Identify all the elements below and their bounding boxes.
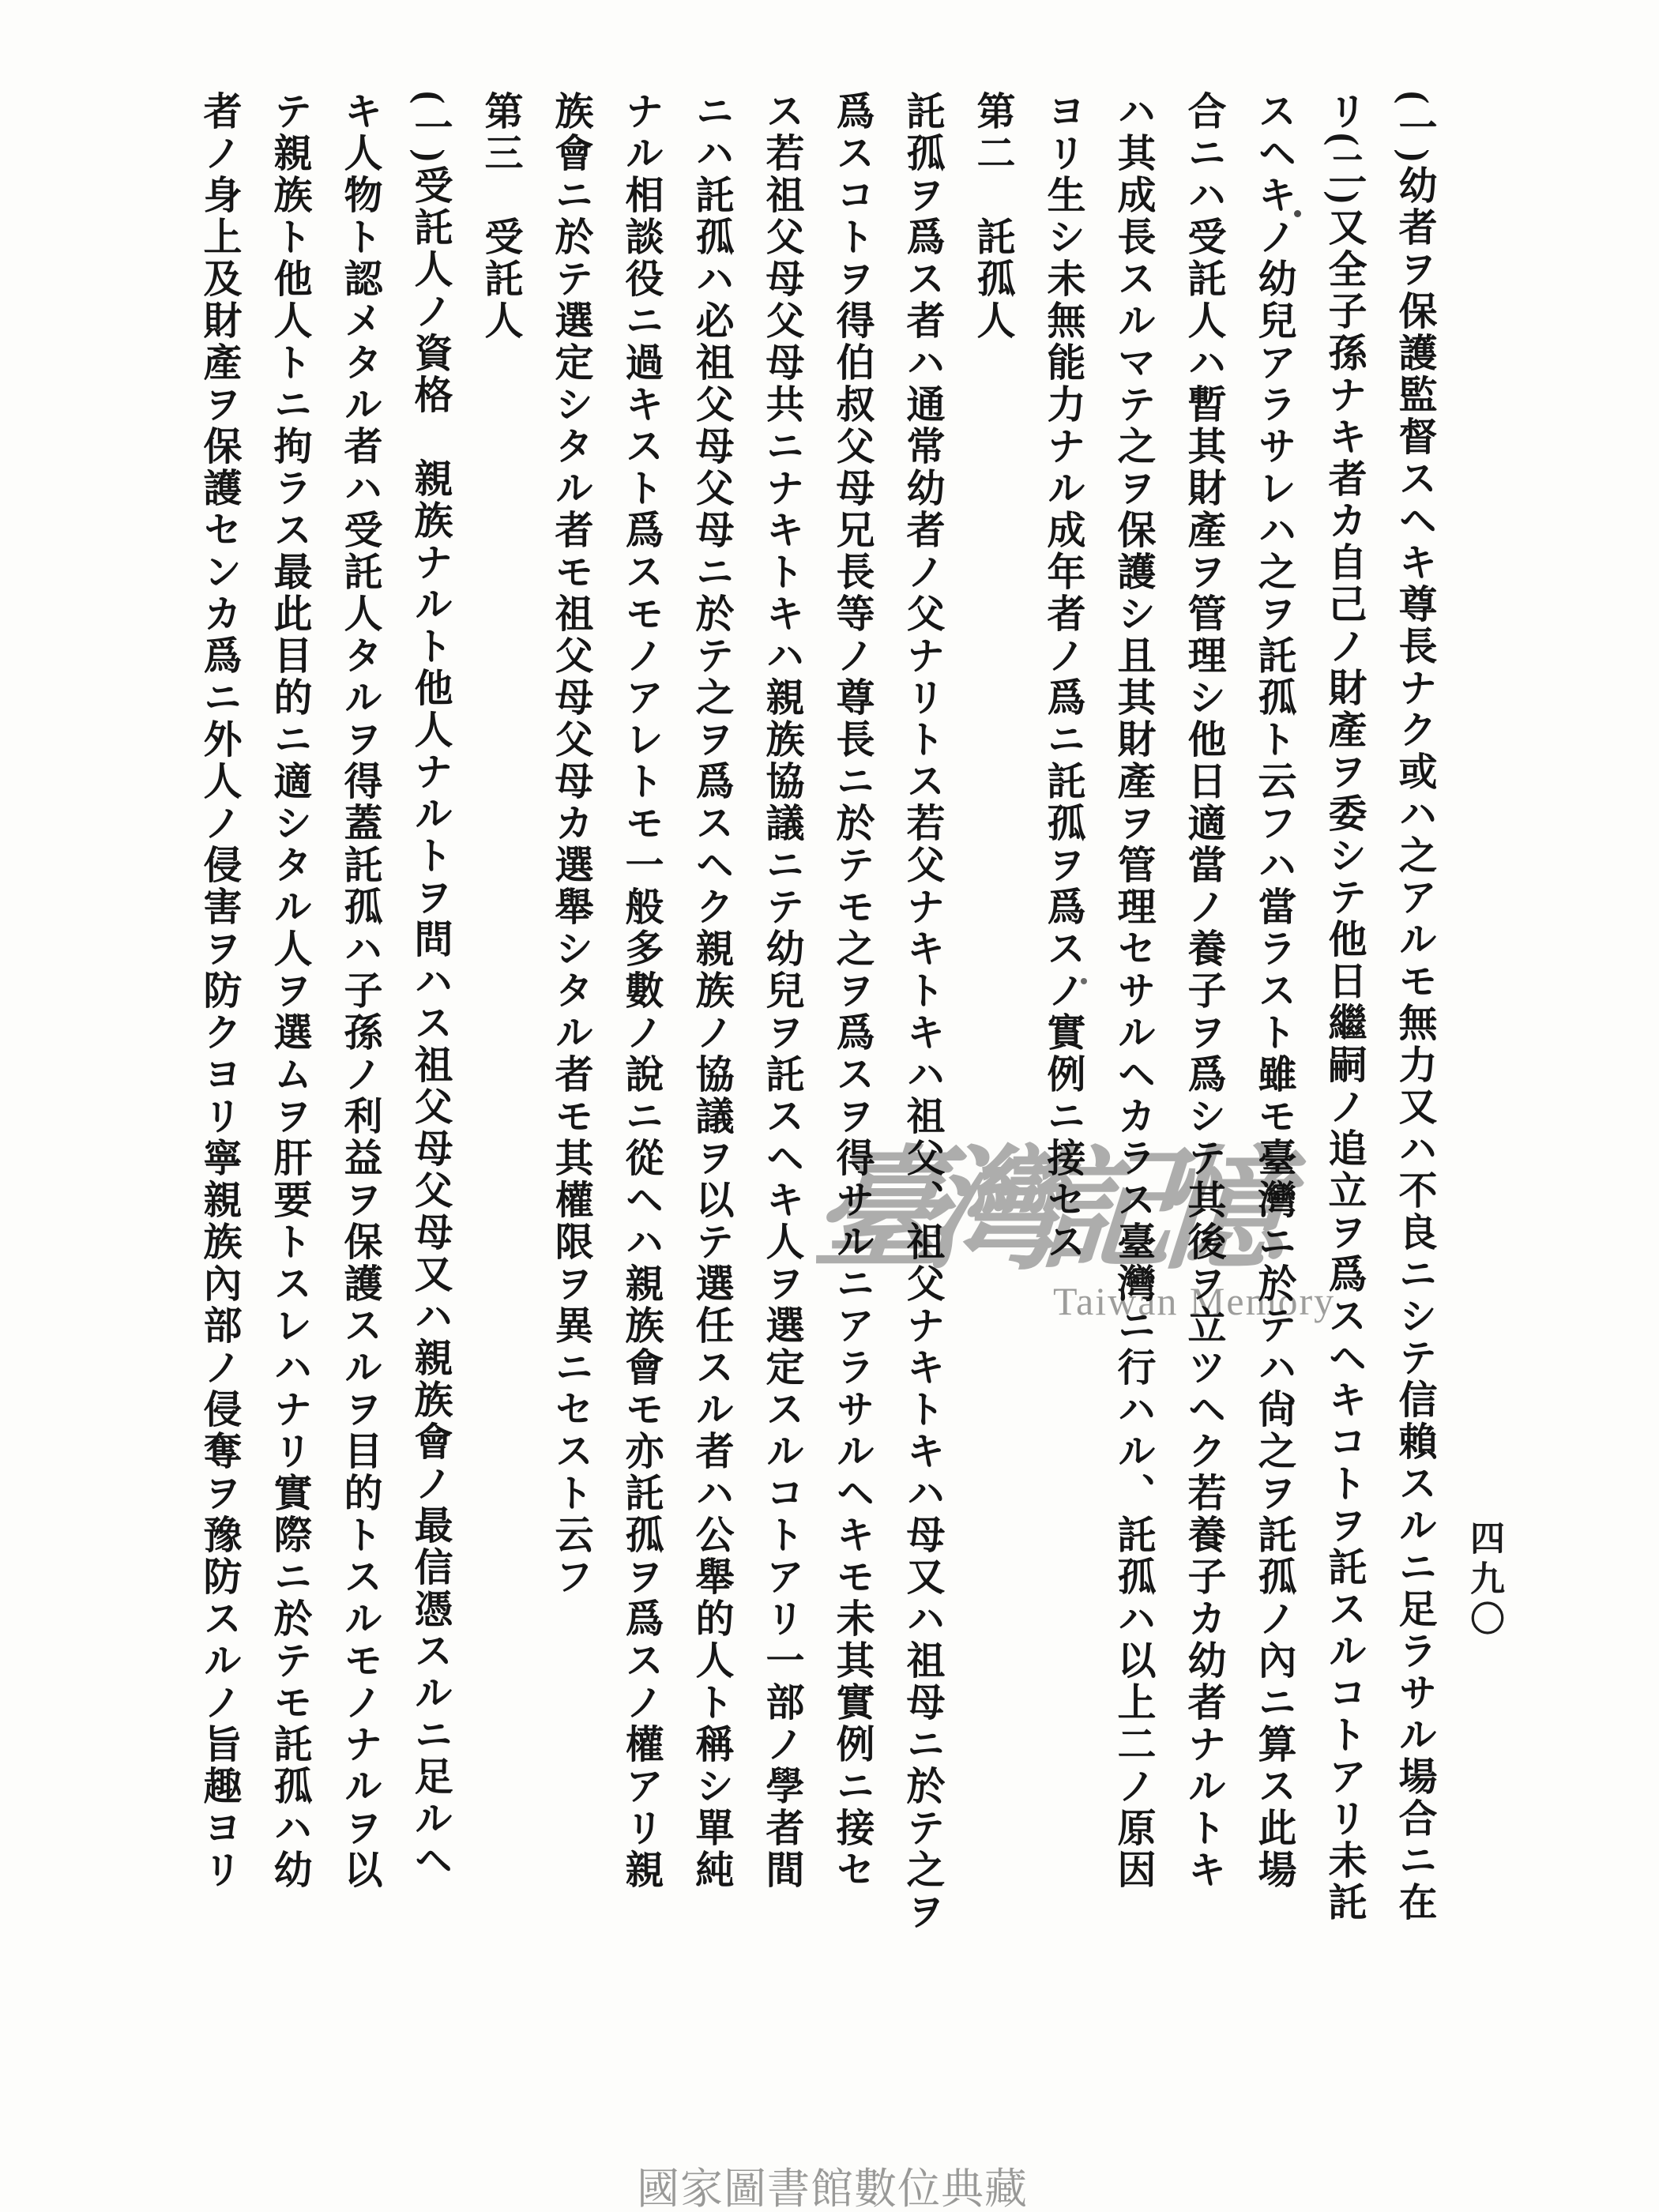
text-column-16: キ人物ト認メタル者ハ受託人タルヲ得蓋託孤ハ子孫ノ利益ヲ保護スルヲ目的トスルモノナ… — [337, 91, 383, 1891]
text-column-9: 爲スコトヲ得伯叔父母兄長等ノ尊長ニ於テモ之ヲ爲スヲ得サルニアラサルヘキモ未其實例… — [829, 91, 875, 1891]
text-column-18: 者ノ身上及財產ヲ保護センカ爲ニ外人ノ侵害ヲ防クヨリ寧親族內部ノ侵奪ヲ豫防スルノ旨… — [197, 91, 243, 1891]
text-column-10: ス若祖父母父母共ニナキトキハ親族協議ニテ幼兒ヲ託スヘキ人ヲ選定スルコトアリ一部ノ… — [759, 91, 805, 1891]
text-column-8: 託孤ヲ爲ス者ハ通常幼者ノ父ナリトス若父ナキトキハ祖父、祖父ナキトキハ母又ハ祖母ニ… — [900, 91, 946, 1924]
heading-column-section-3: 第三 受託人 — [478, 91, 524, 342]
text-column-6: ヨリ生シ未無能力ナル成年者ノ爲ニ託孤ヲ爲スノ實例ニ接セス — [1040, 91, 1086, 1263]
text-column-1: (一)幼者ヲ保護監督スヘキ尊長ナク或ハ之アルモ無力又ハ不良ニシテ信賴スルニ足ラサ… — [1392, 91, 1438, 1924]
text-column-12: ナル相談役ニ過キスト爲スモノアレトモ一般多數ノ說ニ從ヘハ親族會モ亦託孤ヲ爲スノ權… — [619, 91, 664, 1891]
text-column-5: ハ其成長スルマテ之ヲ保護シ且其財產ヲ管理セサルヘカラス臺灣ニ行ハル、託孤ハ以上二… — [1111, 91, 1157, 1891]
text-column-15: (一)受託人ノ資格 親族ナルト他人ナルトヲ問ハス祖父母父母又ハ親族會ノ最信憑スル… — [408, 91, 453, 1882]
archive-footer-caption: 國家圖書館數位典藏 — [637, 2155, 1028, 2212]
text-column-2: リ(二)又全子孫ナキ者カ自己ノ財產ヲ委シテ他日繼嗣ノ追立ヲ爲スヘキコトヲ託スルコ… — [1322, 91, 1367, 1924]
text-column-13: 族會ニ於テ選定シタル者モ祖父母父母カ選舉シタル者モ其權限ヲ異ニセスト云フ — [548, 91, 594, 1598]
watermark-cjk-text: 臺灣記憶 — [807, 1104, 1276, 1295]
text-column-3: スヘキノ幼兒アラサレハ之ヲ託孤ト云フハ當ラスト雖モ臺灣ニ於テハ尙之ヲ託孤ノ內ニ算… — [1251, 91, 1297, 1891]
heading-column-section-2: 第二 託孤人 — [970, 91, 1016, 342]
watermark-latin-text: Taiwan Memory — [1053, 1278, 1335, 1324]
page-number: 四九〇 — [1463, 1520, 1504, 1641]
text-column-4: 合ニハ受託人ハ暫其財產ヲ管理シ他日適當ノ養子ヲ爲シテ其後ヲ立ツヘク若養子カ幼者ナ… — [1181, 91, 1227, 1891]
ink-speck — [1081, 978, 1087, 984]
text-column-17: テ親族ト他人トニ拘ラス最此目的ニ適シタル人ヲ選ムヲ肝要トスレハナリ實際ニ於テモ託… — [267, 91, 313, 1891]
ink-speck — [1294, 210, 1301, 217]
scanned-document-page: (一)幼者ヲ保護監督スヘキ尊長ナク或ハ之アルモ無力又ハ不良ニシテ信賴スルニ足ラサ… — [0, 0, 1659, 2212]
text-column-11: ニハ託孤ハ必祖父母父母ニ於テ之ヲ爲スヘク親族ノ協議ヲ以テ選任スル者ハ公舉的人ト稱… — [689, 91, 735, 1891]
